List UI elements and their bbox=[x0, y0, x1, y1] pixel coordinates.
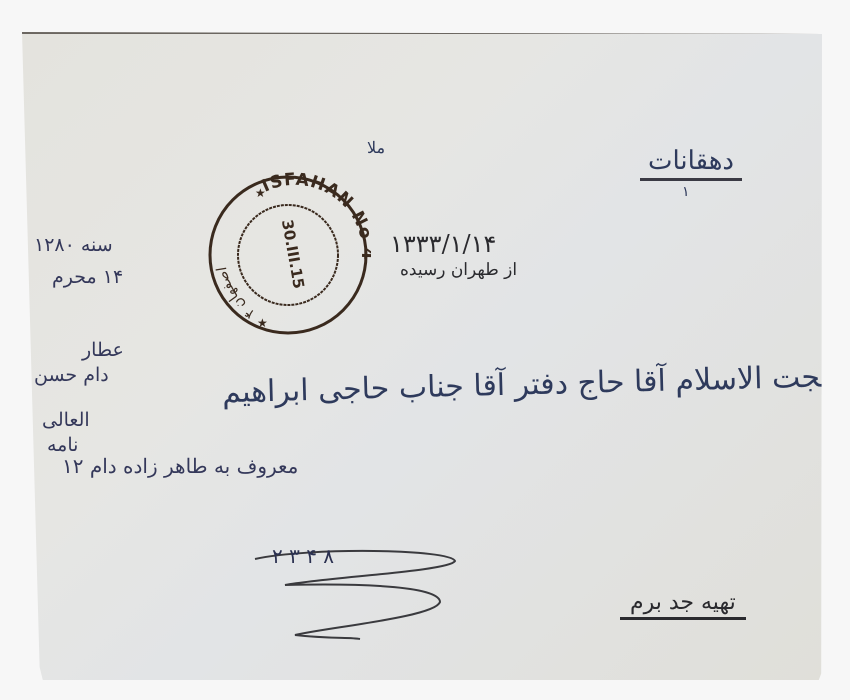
svg-text:★: ★ bbox=[257, 316, 268, 330]
annotation-top-right: دهقانات bbox=[640, 146, 742, 181]
annotation-top-right-mark: ۱ bbox=[682, 184, 690, 200]
left-note-5: العالی bbox=[42, 409, 90, 431]
left-note-3: عطار bbox=[82, 339, 124, 361]
annotation-date: ۱۳۳۳/۱/۱۴ bbox=[390, 230, 496, 258]
left-note-1: سنه ۱۲۸۰ bbox=[34, 234, 113, 256]
address-line: خدمت فرزند فخر جامع العظمه حجت الاسلام آ… bbox=[222, 349, 850, 411]
scribble-digits: ۲ ۳ ۴ ۸ bbox=[272, 544, 334, 568]
postmark-stamp: ISFAHAN No 4 اصفهان ۴ ★ ★ 30.III.15 bbox=[205, 172, 371, 338]
address-bottom: معروف به طاهر زاده دام ۱۲ bbox=[62, 454, 298, 478]
annotation-bottom-right: تهیه جد برم bbox=[620, 590, 746, 620]
annotation-date-sub: از طهران رسیده bbox=[400, 260, 517, 280]
svg-text:ISFAHAN No 4: ISFAHAN No 4 bbox=[259, 172, 371, 261]
left-note-6: نامه bbox=[47, 434, 78, 456]
svg-text:★: ★ bbox=[255, 186, 266, 200]
annotation-top-small: ملا bbox=[367, 138, 385, 157]
postmark-circle-icon: ISFAHAN No 4 اصفهان ۴ ★ ★ 30.III.15 bbox=[205, 172, 371, 338]
svg-text:30.III.15: 30.III.15 bbox=[278, 218, 308, 290]
left-note-2: ۱۴ محرم bbox=[52, 266, 123, 288]
left-note-4: دام حسن bbox=[34, 364, 109, 386]
envelope: ملا دهقانات ۱ ISFAHAN No 4 اصفهان ۴ ★ ★ … bbox=[22, 32, 822, 680]
